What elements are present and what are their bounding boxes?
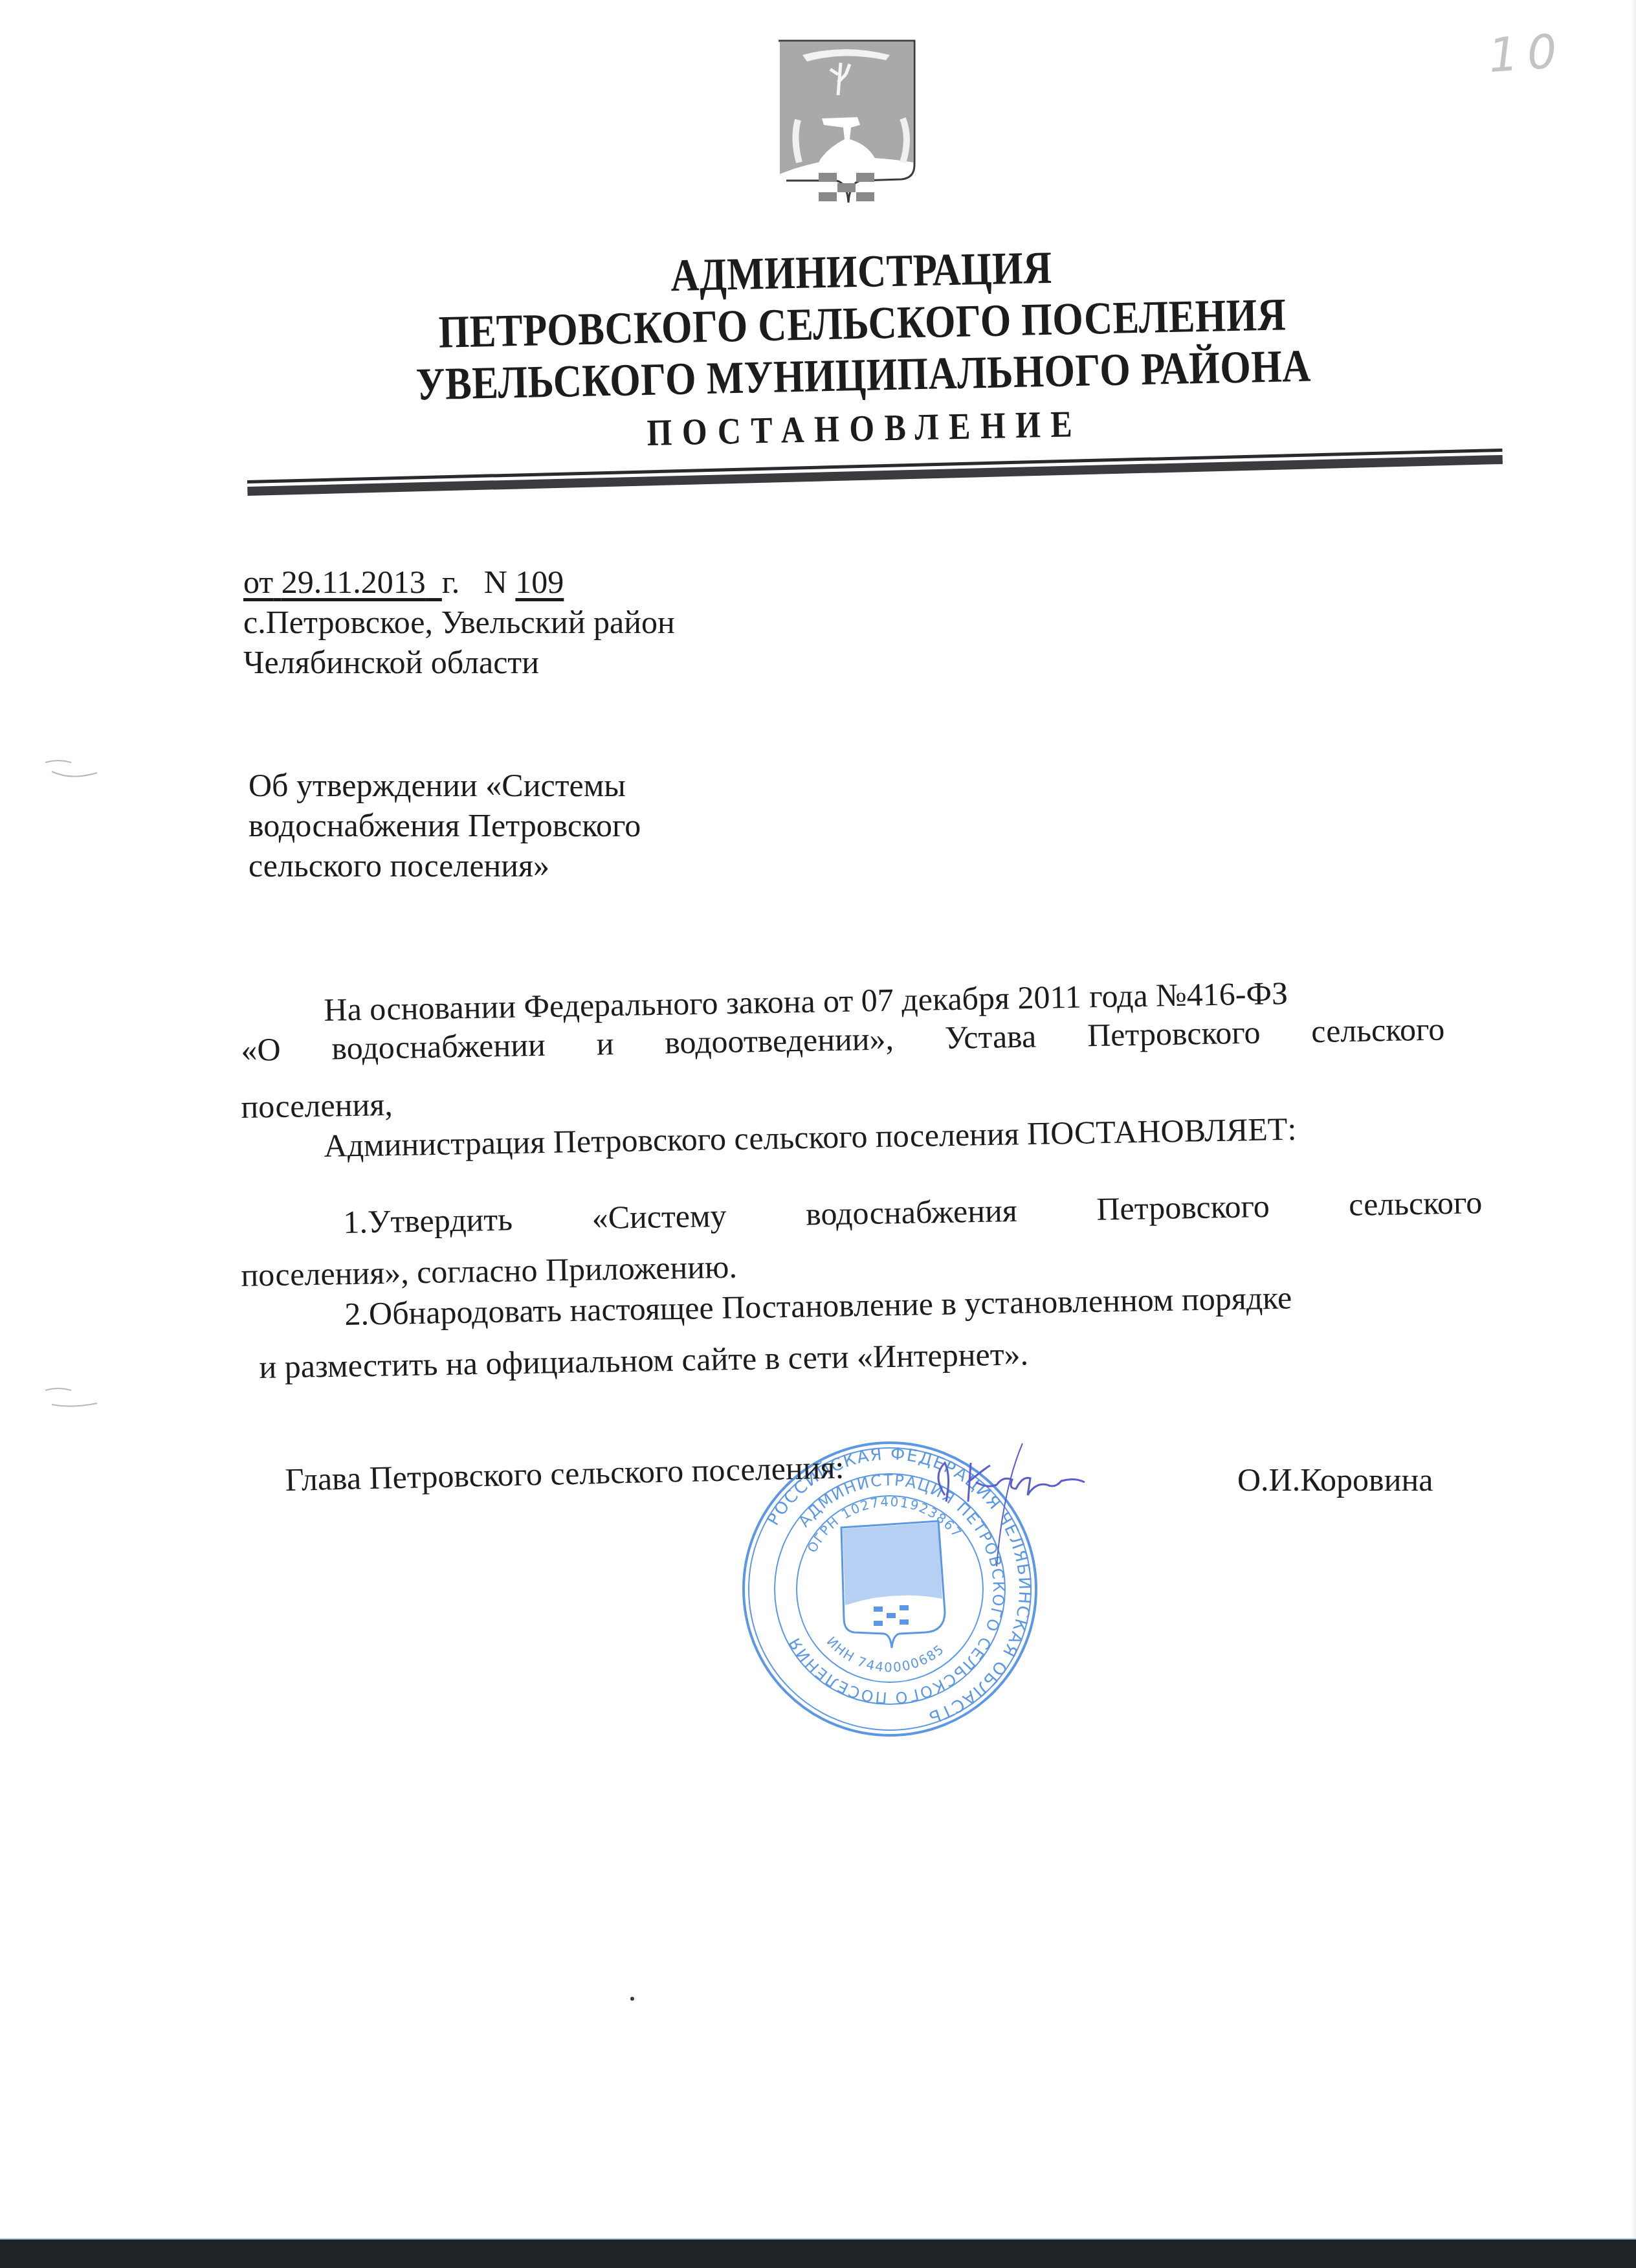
scan-mark-icon bbox=[39, 1385, 104, 1411]
item-1-line-1: 1.Утвердить «Систему водоснабжения Петро… bbox=[343, 1183, 1483, 1241]
date-field: от 29.11.2013 bbox=[243, 564, 442, 600]
year-suffix: г. bbox=[442, 564, 459, 600]
subject-line: Об утверждении «Системы bbox=[249, 765, 641, 805]
coat-of-arms-icon bbox=[773, 36, 923, 204]
date-number-line: от 29.11.2013 г. N 109 bbox=[243, 562, 675, 602]
document-number: 109 bbox=[515, 564, 564, 600]
scanner-bottom-band bbox=[0, 2238, 1636, 2268]
item-2-line-2: и разместить на официальном сайте в сети… bbox=[259, 1334, 1029, 1386]
subject-line: сельского поселения» bbox=[249, 845, 641, 885]
number-prefix: N bbox=[484, 564, 507, 600]
handwritten-page-number: 10 bbox=[1487, 23, 1567, 83]
handwritten-signature-icon bbox=[925, 1437, 1171, 1566]
preamble-line-3: поселения, bbox=[241, 1085, 393, 1126]
place-line-2: Челябинской области bbox=[243, 642, 675, 682]
page-edge bbox=[1631, 0, 1636, 2240]
subject-line: водоснабжения Петровского bbox=[249, 805, 641, 845]
place-line-1: с.Петровское, Увельский район bbox=[243, 602, 675, 642]
scan-dot bbox=[630, 1997, 634, 2001]
signatory-name: О.И.Коровина bbox=[1237, 1460, 1433, 1499]
document-page: 10 АДМИНИСТРАЦИЯ ПЕТРОВСКОГО СЕЛЬСКОГО П… bbox=[0, 0, 1636, 2240]
document-meta: от 29.11.2013 г. N 109 с.Петровское, Уве… bbox=[243, 562, 675, 682]
document-header: АДМИНИСТРАЦИЯ ПЕТРОВСКОГО СЕЛЬСКОГО ПОСЕ… bbox=[246, 233, 1479, 465]
document-subject: Об утверждении «Системы водоснабжения Пе… bbox=[249, 765, 641, 885]
item-1-line-2: поселения», согласно Приложению. bbox=[241, 1247, 737, 1295]
scan-mark-icon bbox=[39, 757, 104, 783]
resolves-line: Администрация Петровского сельского посе… bbox=[324, 1109, 1297, 1165]
